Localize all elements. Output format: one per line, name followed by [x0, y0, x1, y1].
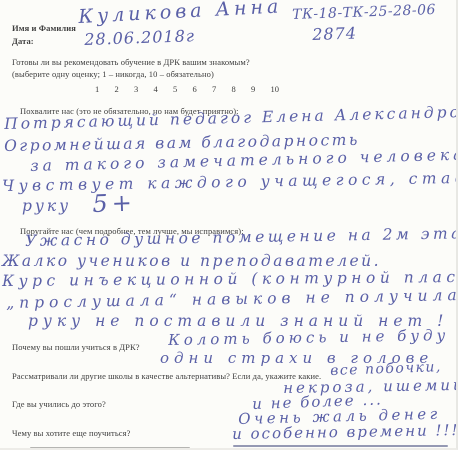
handwriting-line: все побочки,	[330, 360, 442, 378]
scale-number: 2	[115, 84, 119, 94]
handwriting-line: „прослушала“ навыков не получила	[6, 288, 458, 311]
scale-number: 10	[271, 84, 280, 94]
recommend-question: Готовы ли вы рекомендовать обучение в ДР…	[12, 57, 250, 67]
scale-number: 5	[173, 84, 177, 94]
answer-line-left	[30, 447, 190, 449]
student-number-handwriting: 2874	[312, 25, 357, 43]
scale-number: 3	[134, 84, 138, 94]
scale-number: 4	[154, 84, 158, 94]
handwriting-line: Колоть боюсь и не буду	[168, 328, 449, 348]
handwriting-line: руку	[22, 199, 71, 215]
name-label: Имя и Фамилия	[12, 23, 76, 33]
date-label: Дата:	[12, 36, 34, 46]
recommend-hint: (выберите одну оценку; 1 – никогда, 10 –…	[12, 69, 214, 79]
scale-number: 6	[193, 84, 197, 94]
grade-handwriting: 5+	[92, 190, 136, 215]
answer-line-right	[233, 445, 448, 447]
scale-number: 9	[251, 84, 255, 94]
scale-number: 1	[95, 84, 99, 94]
rating-scale: 1 2 3 4 5 6 7 8 9 10	[95, 84, 279, 94]
why-question-label: Почему вы пошли учиться в ДРК?	[12, 342, 140, 352]
feedback-form-scan: Имя и Фамилия Дата: Куликова Анна 28.06.…	[0, 0, 458, 450]
group-code-handwriting: ТК-18-ТК-25-28-06	[292, 3, 436, 22]
learn-question-label: Чему вы хотите еще поучиться?	[12, 428, 131, 438]
date-value-handwriting: 28.06.2018г	[84, 28, 195, 48]
scale-number: 8	[232, 84, 236, 94]
scale-number: 7	[212, 84, 216, 94]
handwriting-line: Жалко учеников и преподавателей.	[2, 254, 381, 270]
name-value-handwriting: Куликова Анна	[78, 0, 283, 27]
where-question-label: Где вы учились до этого?	[12, 399, 106, 409]
handwriting-line: и особенно времени !!!	[232, 423, 458, 442]
alternatives-question-label: Рассматривали ли другие школы в качестве…	[12, 371, 321, 381]
